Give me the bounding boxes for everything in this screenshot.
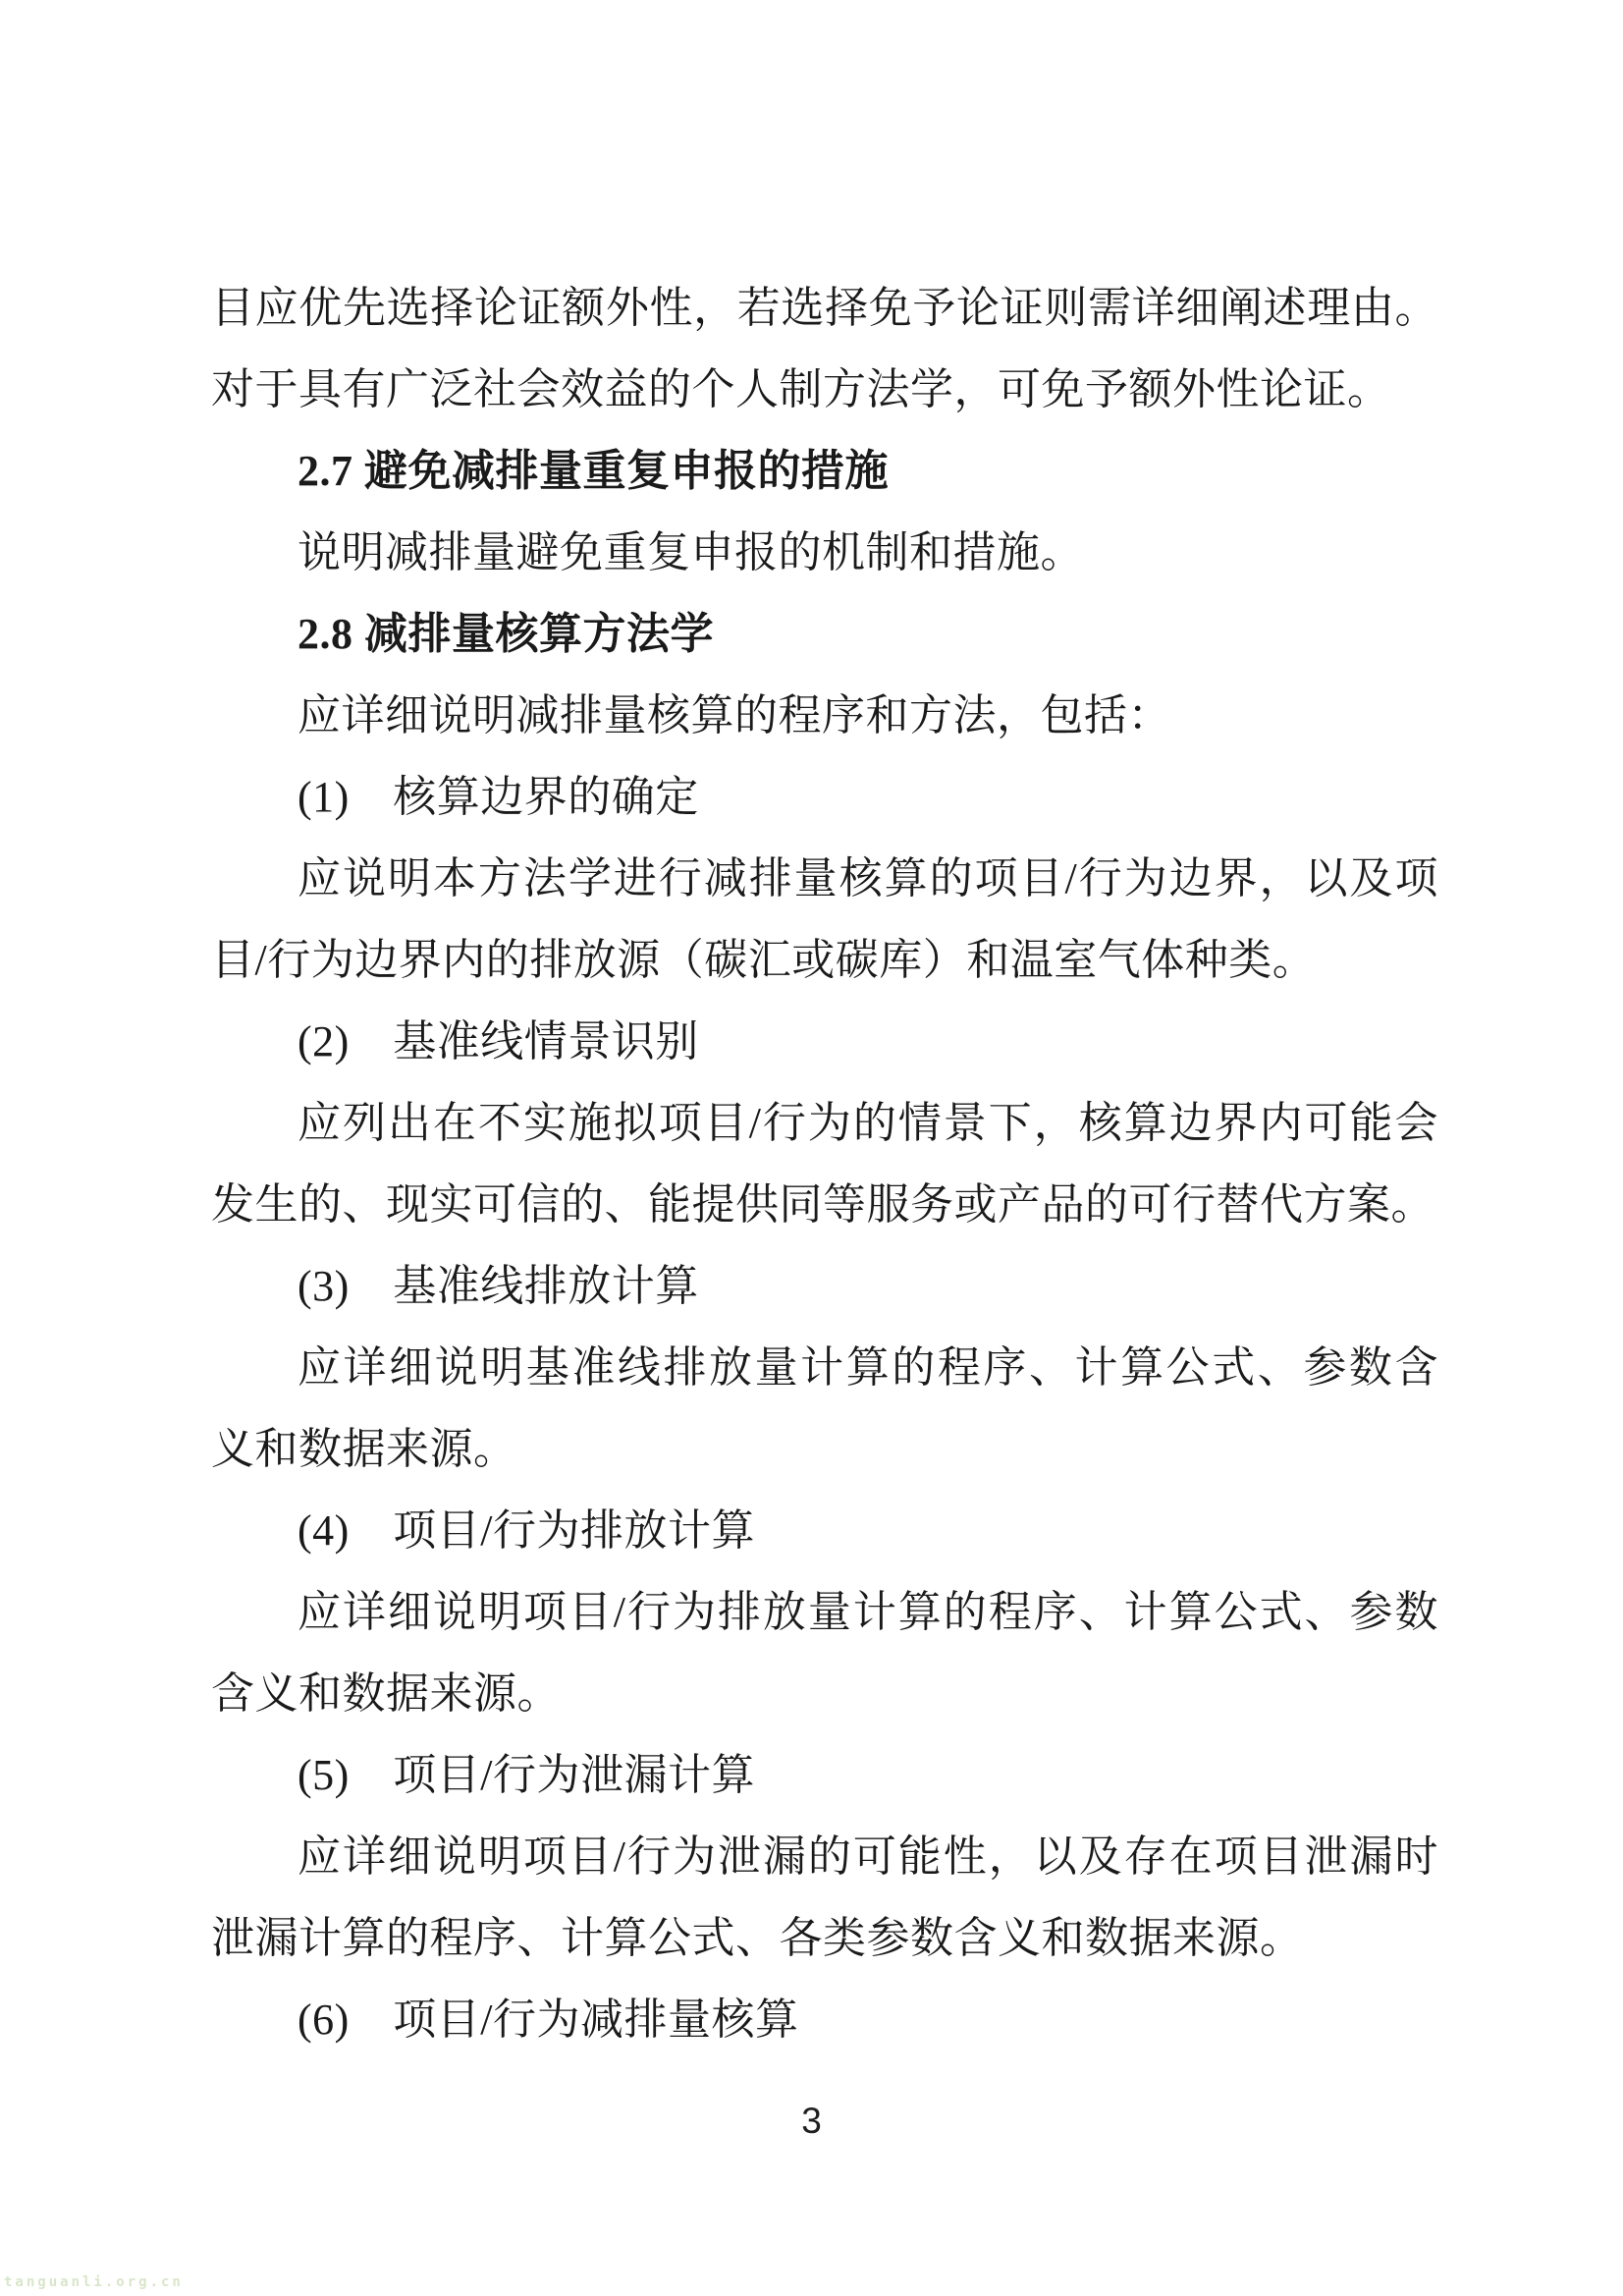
body-text-line: 目/行为边界内的排放源（碳汇或碳库）和温室气体种类。 (211, 919, 1438, 1001)
body-text-line: 应说明本方法学进行减排量核算的项目/行为边界，以及项 (211, 838, 1438, 919)
page-number: 3 (0, 2102, 1623, 2141)
list-item-line: (6) 项目/行为减排量核算 (211, 1979, 1438, 2060)
list-item-line: (4) 项目/行为排放计算 (211, 1490, 1438, 1571)
body-text-line: 应详细说明基准线排放量计算的程序、计算公式、参数含 (211, 1327, 1438, 1408)
body-text-line: 应列出在不实施拟项目/行为的情景下，核算边界内可能会 (211, 1082, 1438, 1164)
list-item-line: (1) 核算边界的确定 (211, 756, 1438, 838)
body-text-line: 说明减排量避免重复申报的机制和措施。 (211, 512, 1438, 593)
body-text-line: 应详细说明项目/行为泄漏的可能性，以及存在项目泄漏时 (211, 1816, 1438, 1897)
document-page: 目应优先选择论证额外性，若选择免予论证则需详细阐述理由。对于具有广泛社会效益的个… (0, 0, 1623, 2296)
body-text-line: 含义和数据来源。 (211, 1653, 1438, 1734)
watermark: tanguanli.org.cn (4, 2274, 184, 2290)
section-heading: 2.8 减排量核算方法学 (211, 593, 1438, 675)
body-text-line: 目应优先选择论证额外性，若选择免予论证则需详细阐述理由。 (211, 267, 1438, 349)
body-text-line: 应详细说明减排量核算的程序和方法，包括： (211, 675, 1438, 756)
list-item-line: (2) 基准线情景识别 (211, 1001, 1438, 1082)
list-item-line: (5) 项目/行为泄漏计算 (211, 1734, 1438, 1816)
body-text-line: 义和数据来源。 (211, 1408, 1438, 1490)
list-item-line: (3) 基准线排放计算 (211, 1245, 1438, 1327)
document-body: 目应优先选择论证额外性，若选择免予论证则需详细阐述理由。对于具有广泛社会效益的个… (211, 267, 1438, 2060)
body-text-line: 泄漏计算的程序、计算公式、各类参数含义和数据来源。 (211, 1897, 1438, 1979)
section-heading: 2.7 避免减排量重复申报的措施 (211, 430, 1438, 512)
body-text-line: 发生的、现实可信的、能提供同等服务或产品的可行替代方案。 (211, 1164, 1438, 1245)
body-text-line: 应详细说明项目/行为排放量计算的程序、计算公式、参数 (211, 1571, 1438, 1653)
body-text-line: 对于具有广泛社会效益的个人制方法学，可免予额外性论证。 (211, 349, 1438, 430)
